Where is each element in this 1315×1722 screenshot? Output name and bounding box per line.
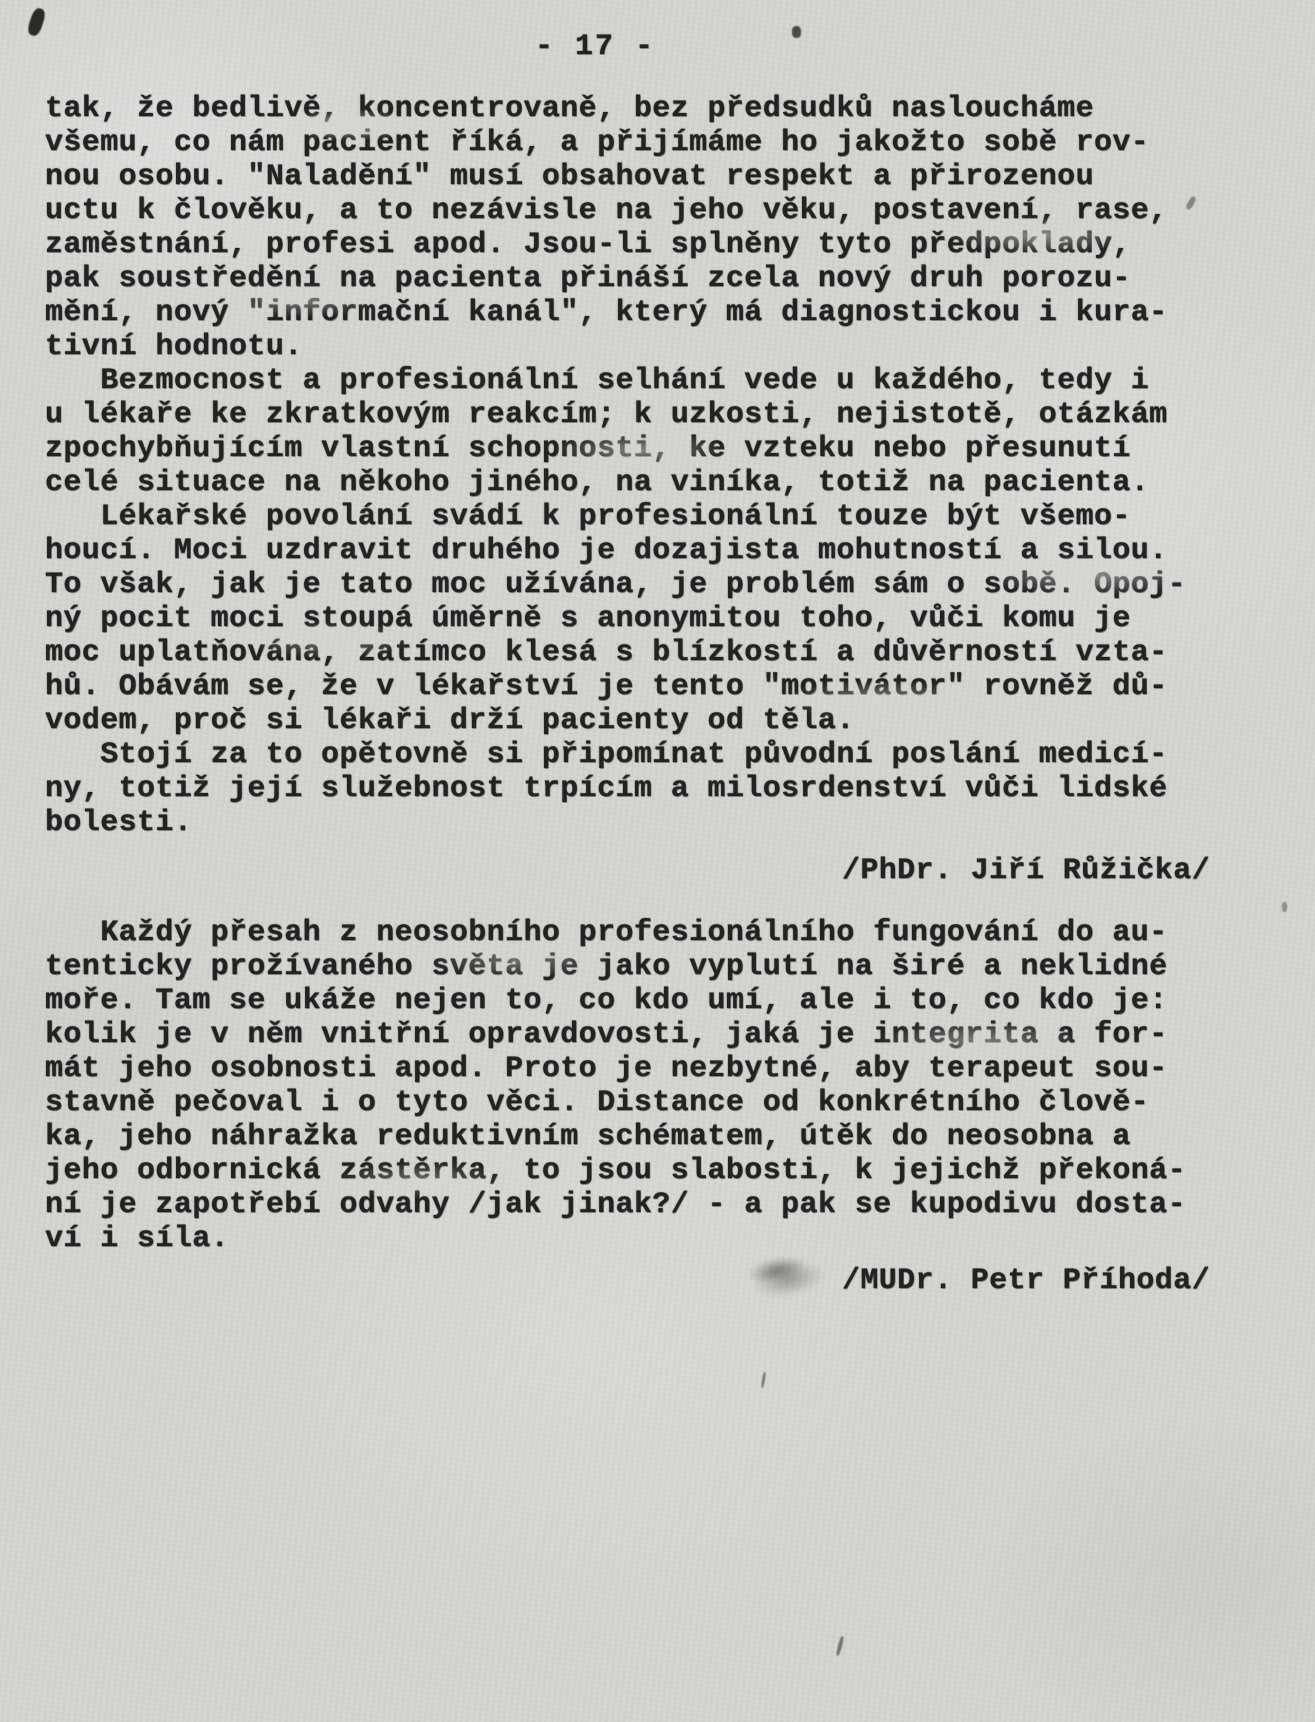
paragraph: Každý přesah z neosobního profesionálníh… <box>45 916 1210 1256</box>
text-line: jeho odbornická zástěrka, to jsou slabos… <box>45 1154 1210 1188</box>
text-line: tak, že bedlivě, koncentrovaně, bez před… <box>45 92 1210 126</box>
text-line: kolik je v něm vnitřní opravdovosti, jak… <box>45 1018 1210 1052</box>
text-line: zpochybňujícím vlastní schopnosti, ke vz… <box>45 432 1210 466</box>
text-line: hů. Obávám se, že v lékařství je tento "… <box>45 670 1210 704</box>
text-line: mění, nový "informační kanál", který má … <box>45 296 1210 330</box>
text-line: ný pocit moci stoupá úměrně s anonymitou… <box>45 602 1210 636</box>
text-line: u lékaře ke zkratkovým reakcím; k uzkost… <box>45 398 1210 432</box>
paper-speck <box>792 26 801 38</box>
text-line: zaměstnání, profesi apod. Jsou-li splněn… <box>45 228 1210 262</box>
scanned-document-page: - 17 - tak, že bedlivě, koncentrovaně, b… <box>0 0 1315 1722</box>
paper-speck <box>1282 902 1287 912</box>
text-line: moc uplatňována, zatímco klesá s blízkos… <box>45 636 1210 670</box>
text-line: Stojí za to opětovně si připomínat původ… <box>45 738 1210 772</box>
text-line: ní je zapotřebí odvahy /jak jinak?/ - a … <box>45 1188 1210 1222</box>
text-line: To však, jak je tato moc užívána, je pro… <box>45 568 1210 602</box>
paragraph: Stojí za to opětovně si připomínat původ… <box>45 738 1210 840</box>
text-line: celé situace na někoho jiného, na viníka… <box>45 466 1210 500</box>
text-line: ka, jeho náhražka reduktivním schématem,… <box>45 1120 1210 1154</box>
text-line: stavně pečoval i o tyto věci. Distance o… <box>45 1086 1210 1120</box>
paragraph: tak, že bedlivě, koncentrovaně, bez před… <box>45 92 1210 364</box>
paper-speck <box>835 1636 844 1656</box>
text-line: uctu k člověku, a to nezávisle na jeho v… <box>45 194 1210 228</box>
text-line: tenticky prožívaného světa je jako vyplu… <box>45 950 1210 984</box>
text-line: mát jeho osobnosti apod. Proto je nezbyt… <box>45 1052 1210 1086</box>
page-number: - 17 - <box>0 30 1190 64</box>
text-line: Každý přesah z neosobního profesionálníh… <box>45 916 1210 950</box>
signature-ruzicka: /PhDr. Jiří Růžička/ <box>45 854 1210 888</box>
text-line: bolesti. <box>45 806 1210 840</box>
text-line: všemu, co nám pacient říká, a přijímáme … <box>45 126 1210 160</box>
text-line: moře. Tam se ukáže nejen to, co kdo umí,… <box>45 984 1210 1018</box>
signature-prihoda: /MUDr. Petr Příhoda/ <box>45 1264 1210 1298</box>
text-line: pak soustředění na pacienta přináší zcel… <box>45 262 1210 296</box>
text-line: Lékařské povolání svádí k profesionální … <box>45 500 1210 534</box>
text-line: vodem, proč si lékaři drží pacienty od t… <box>45 704 1210 738</box>
text-line: ví i síla. <box>45 1222 1210 1256</box>
text-line: ny, totiž její služebnost trpícím a milo… <box>45 772 1210 806</box>
document-body: tak, že bedlivě, koncentrovaně, bez před… <box>45 92 1210 1298</box>
paper-speck <box>761 1372 767 1388</box>
text-line: tivní hodnotu. <box>45 330 1210 364</box>
text-line: houcí. Moci uzdravit druhého je dozajist… <box>45 534 1210 568</box>
text-line: nou osobu. "Naladění" musí obsahovat res… <box>45 160 1210 194</box>
paragraph: Lékařské povolání svádí k profesionální … <box>45 500 1210 738</box>
text-line: Bezmocnost a profesionální selhání vede … <box>45 364 1210 398</box>
paragraph: Bezmocnost a profesionální selhání vede … <box>45 364 1210 500</box>
